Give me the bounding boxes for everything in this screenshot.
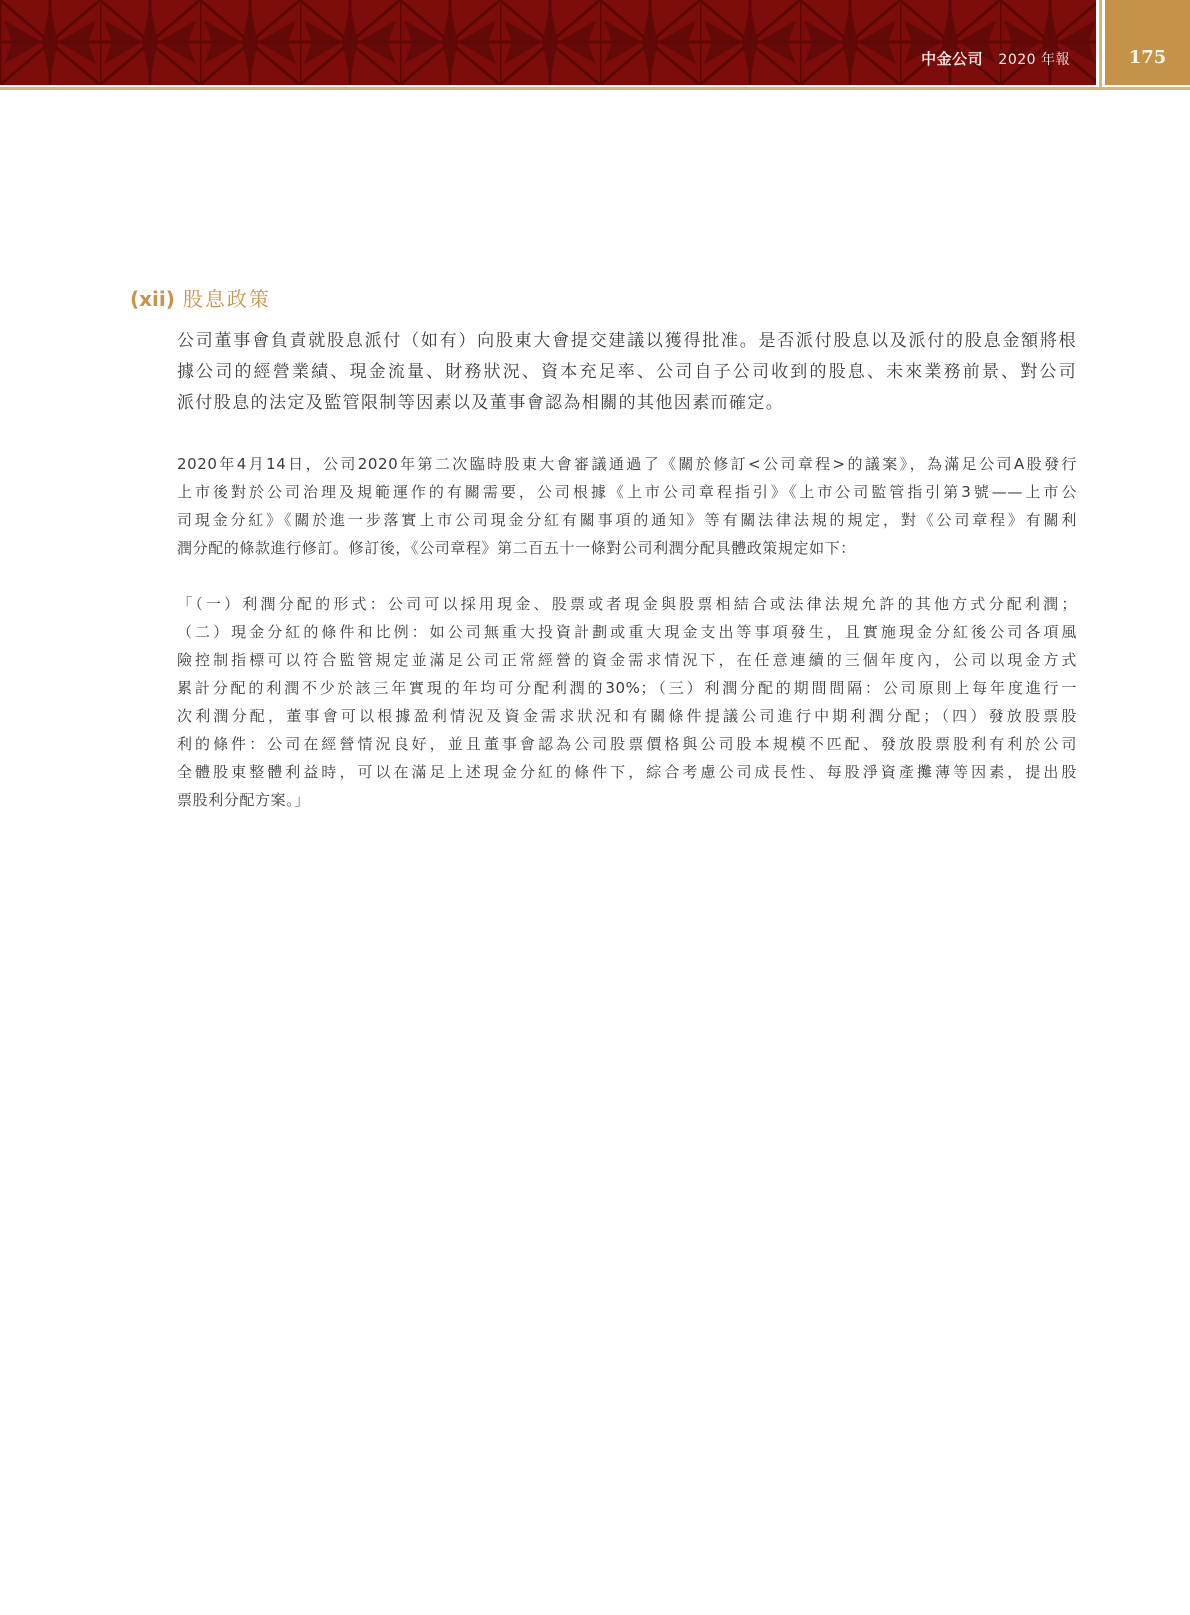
paragraph-articles-amendment: 2020年4月14日，公司2020年第二次臨時股東大會審議通過了《關於修訂<公司… [177, 450, 1077, 562]
text-line: 「（一）利潤分配的形式：公司可以採用現金、股票或者現金與股票相結合或法律法規允許… [177, 590, 1077, 618]
text-line: 公司董事會負責就股息派付（如有）向股東大會提交建議以獲得批准。是否派付股息以及派… [177, 326, 1077, 357]
text-line: 利的條件：公司在經營情況良好，並且董事會認為公司股票價格與公司股本規模不匹配、發… [177, 730, 1077, 758]
page-number-block: 175 [1105, 0, 1190, 85]
paragraph-dividend-responsibility: 公司董事會負責就股息派付（如有）向股東大會提交建議以獲得批准。是否派付股息以及派… [177, 326, 1077, 419]
text-line: 據公司的經營業績、現金流量、財務狀況、資本充足率、公司自子公司收到的股息、未來業… [177, 357, 1077, 388]
text-line: 次利潤分配，董事會可以根據盈利情況及資金需求狀況和有關條件提議公司進行中期利潤分… [177, 702, 1077, 730]
text-line: 2020年4月14日，公司2020年第二次臨時股東大會審議通過了《關於修訂<公司… [177, 450, 1077, 478]
vertical-divider [1099, 0, 1102, 88]
decorative-pattern-icon [0, 0, 1096, 85]
header-banner: 中金公司 2020 年報 [0, 0, 1096, 85]
text-line: 上市後對於公司治理及規範運作的有關需要，公司根據《上市公司章程指引》《上市公司監… [177, 478, 1077, 506]
company-name: 中金公司 [921, 50, 983, 68]
section-heading: (xii)股息政策 [130, 283, 271, 312]
text-line: 司現金分紅》《關於進一步落實上市公司現金分紅有關事項的通知》等有關法律法規的規定… [177, 506, 1077, 534]
text-line: （二）現金分紅的條件和比例：如公司無重大投資計劃或重大現金支出等事項發生，且實施… [177, 618, 1077, 646]
text-line: 累計分配的利潤不少於該三年實現的年均可分配利潤的30%；（三）利潤分配的期間間隔… [177, 674, 1077, 702]
paragraph-profit-distribution-policy: 「（一）利潤分配的形式：公司可以採用現金、股票或者現金與股票相結合或法律法規允許… [177, 590, 1077, 814]
report-year: 2020 年報 [998, 52, 1070, 68]
text-line: 票股利分配方案。」 [177, 786, 1077, 814]
text-line: 險控制指標可以符合監管規定並滿足公司正常經營的資金需求情況下，在任意連續的三個年… [177, 646, 1077, 674]
report-title: 中金公司 2020 年報 [921, 48, 1070, 69]
header-rule [0, 87, 1190, 90]
text-line: 潤分配的條款進行修訂。修訂後，《公司章程》第二百五十一條對公司利潤分配具體政策規… [177, 534, 1077, 562]
page-number: 175 [1105, 47, 1190, 68]
text-line: 全體股東整體利益時，可以在滿足上述現金分紅的條件下，綜合考慮公司成長性、每股淨資… [177, 758, 1077, 786]
section-number: (xii) [130, 287, 175, 311]
section-title: 股息政策 [183, 287, 271, 311]
text-line: 派付股息的法定及監管限制等因素以及董事會認為相關的其他因素而確定。 [177, 388, 1077, 419]
